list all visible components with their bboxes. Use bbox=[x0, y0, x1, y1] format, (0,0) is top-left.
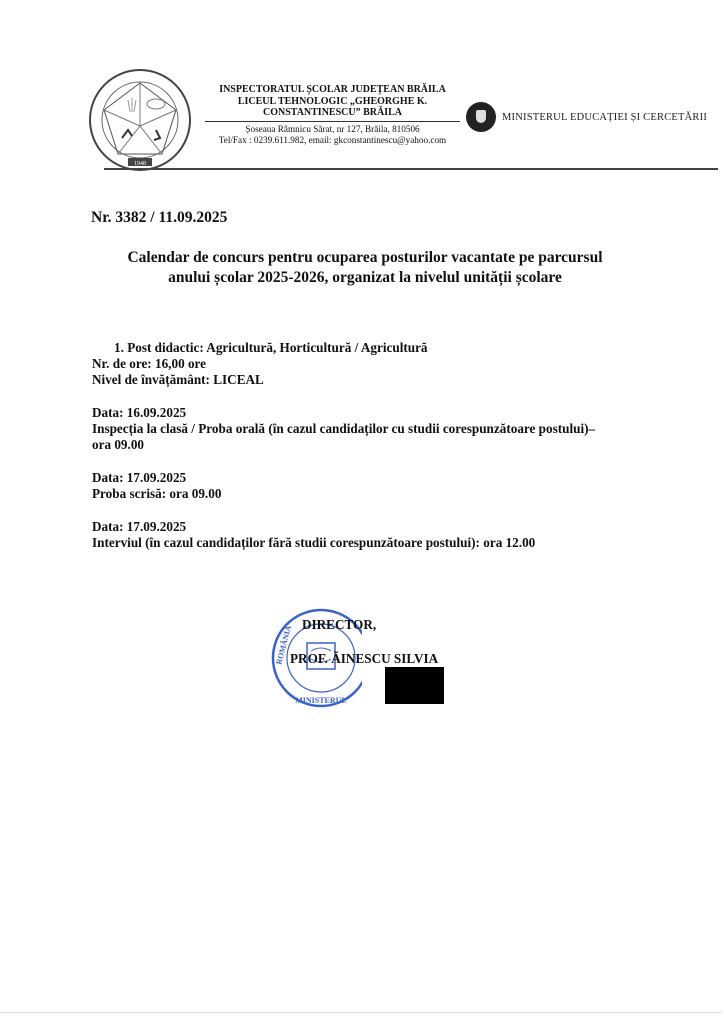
school-name-line1: LICEUL TEHNOLOGIC „GHEORGHE K. bbox=[205, 96, 460, 108]
title-line-2: anului școlar 2025-2026, organizat la ni… bbox=[95, 268, 635, 288]
school-name-line2: CONSTANTINESCU” BRĂILA bbox=[205, 107, 460, 119]
title-line-1: Calendar de concurs pentru ocuparea post… bbox=[95, 248, 635, 268]
post-hours: Nr. de ore: 16,00 ore bbox=[92, 356, 692, 372]
school-contact: Tel/Fax : 0239.611.982, email: gkconstan… bbox=[205, 135, 460, 146]
post-item: 1. Post didactic: Agricultură, Horticult… bbox=[92, 340, 692, 356]
ministry-block: MINISTERUL EDUCAȚIEI ȘI CERCETĂRII bbox=[466, 102, 707, 132]
event-date: Data: 17.09.2025 bbox=[92, 470, 692, 486]
event-description: Proba scrisă: ora 09.00 bbox=[92, 486, 692, 502]
header-divider bbox=[205, 121, 460, 122]
svg-text:MINISTERUL: MINISTERUL bbox=[295, 696, 347, 705]
page-bottom-edge bbox=[0, 1012, 722, 1013]
ministry-name: MINISTERUL EDUCAȚIEI ȘI CERCETĂRII bbox=[502, 112, 707, 123]
coat-of-arms-icon bbox=[466, 102, 496, 132]
event-description: Inspecția la clasă / Proba orală (în caz… bbox=[92, 421, 692, 437]
inspectorate-name: INSPECTORATUL ȘCOLAR JUDEȚEAN BRĂILA bbox=[205, 84, 460, 96]
school-header: INSPECTORATUL ȘCOLAR JUDEȚEAN BRĂILA LIC… bbox=[205, 84, 460, 146]
header-rule bbox=[104, 168, 718, 170]
svg-text:1948: 1948 bbox=[134, 161, 146, 167]
document-number: Nr. 3382 / 11.09.2025 bbox=[91, 209, 227, 227]
event-time: ora 09.00 bbox=[92, 437, 692, 453]
signatory-role: DIRECTOR, bbox=[302, 617, 376, 633]
post-level: Nivel de învățământ: LICEAL bbox=[92, 372, 692, 388]
school-address: Șoseaua Râmnicu Sărat, nr 127, Brăila, 8… bbox=[205, 124, 460, 135]
event-description: Interviul (în cazul candidaților fără st… bbox=[92, 535, 692, 551]
redacted-signature bbox=[385, 667, 444, 704]
document-title: Calendar de concurs pentru ocuparea post… bbox=[95, 248, 635, 288]
event-date: Data: 16.09.2025 bbox=[92, 405, 692, 421]
school-logo: 1948 bbox=[88, 68, 192, 172]
event-date: Data: 17.09.2025 bbox=[92, 519, 692, 535]
signatory-name: PROF. ĂINESCU SILVIA bbox=[290, 651, 438, 667]
document-body: 1. Post didactic: Agricultură, Horticult… bbox=[92, 340, 692, 551]
